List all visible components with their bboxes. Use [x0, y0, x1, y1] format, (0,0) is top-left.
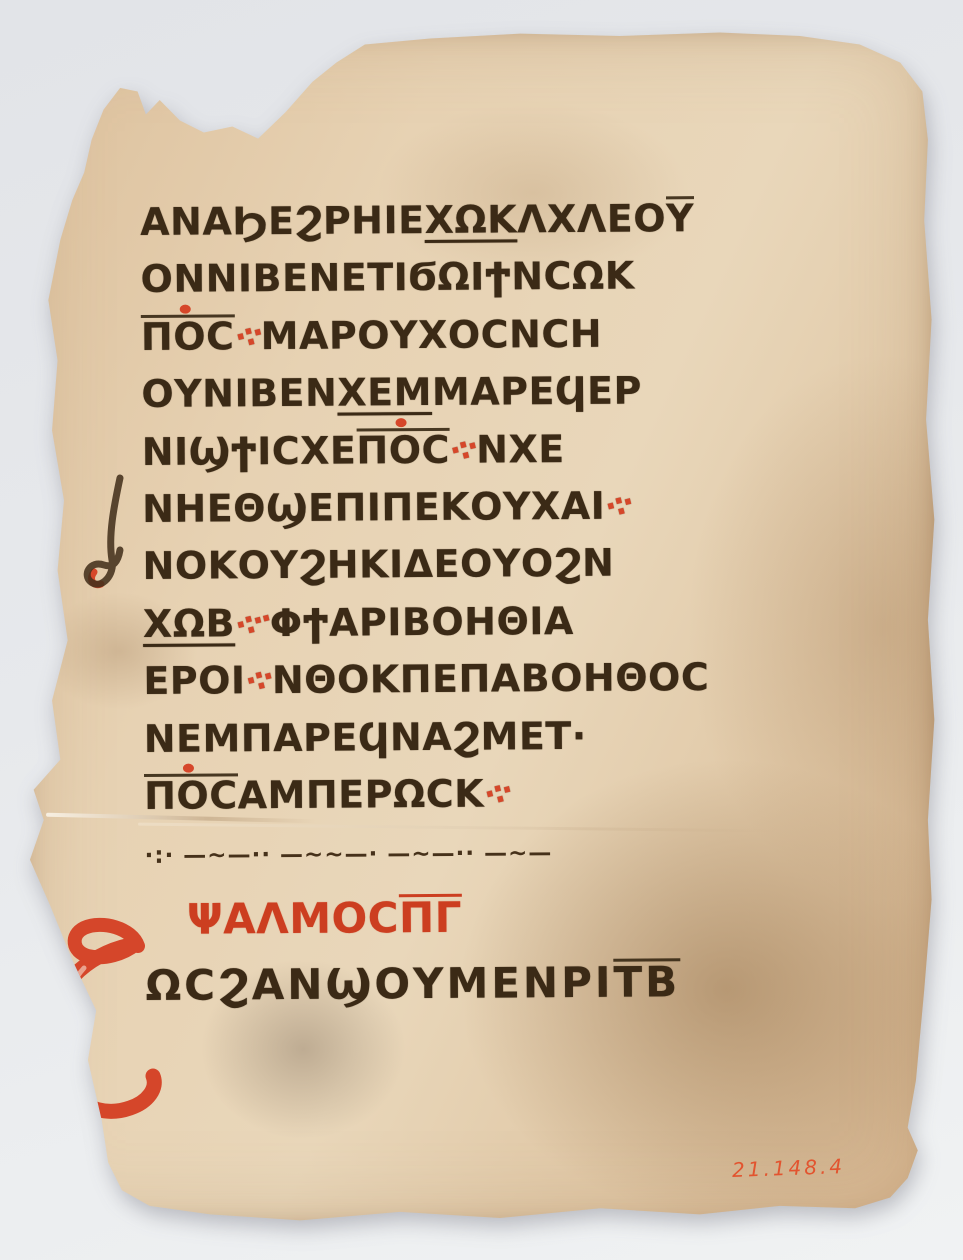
text-run: ΠΟC — [356, 427, 450, 469]
text-run: ·:· —~—·· —~~—· —~—·· —~— — [144, 840, 552, 869]
text-run: ΑΜΠΕΡΩCΚ — [238, 772, 485, 818]
manuscript-line: ΝΗΕΘϢΕΠΙΠΕΚΟΥΧΑΙ ·:· — [142, 482, 802, 544]
manuscript-line: ΩCϨΑΝϢΟΥΜΕΝΡΙΤΒ — [145, 953, 805, 1019]
text-run: ΠΟC — [141, 314, 235, 356]
red-punctuation-mark: ·:· — [446, 429, 480, 469]
psalm-rubric-line: ΨΑΛΜΟC ΠΓ — [145, 885, 805, 958]
red-punctuation-mark: ·:· — [231, 315, 265, 355]
text-run: ΝΘΟΚΠΕΠΑΒΟΗΘΟC — [272, 655, 710, 702]
text-run: ΤΒ — [613, 959, 680, 1004]
text-run: ΨΑΛΜΟC — [187, 894, 399, 944]
manuscript-line: ΟΝΝΙΒΕΝΕΤΙϬΩΙϮΝCΩΚ — [140, 253, 800, 315]
text-run: ΕΡΟΙ — [143, 658, 246, 703]
marginal-initial-icon — [80, 472, 144, 602]
section-divider: ·:· —~—·· —~~—· —~—·· —~— — [144, 827, 804, 890]
photo-background: ΑΝΑϦΕϨΡΗΙΕΧΩΚΛΧΛΕΟΥΟΝΝΙΒΕΝΕΤΙϬΩΙϮΝCΩΚΠΟC… — [0, 0, 963, 1260]
leaf-shadow-wrap: ΑΝΑϦΕϨΡΗΙΕΧΩΚΛΧΛΕΟΥΟΝΝΙΒΕΝΕΤΙϬΩΙϮΝCΩΚΠΟC… — [0, 0, 963, 1260]
manuscript-leaf: ΑΝΑϦΕϨΡΗΙΕΧΩΚΛΧΛΕΟΥΟΝΝΙΒΕΝΕΤΙϬΩΙϮΝCΩΚΠΟC… — [18, 24, 938, 1230]
text-run: ΝΙϢϮΙCΧΕ — [142, 428, 357, 473]
text-run: ΩCϨΑΝϢΟΥΜΕΝΡΙ — [145, 958, 613, 1010]
manuscript-line: ΟΥΝΙΒΕΝΧΕΜΜΑΡΕϤΕΡ — [141, 368, 801, 430]
text-run: ΝΧΕ — [476, 427, 565, 472]
text-run: ΧΕΜ — [337, 370, 432, 415]
manuscript-line: ΑΝΑϦΕϨΡΗΙΕΧΩΚΛΧΛΕΟΥ — [140, 195, 800, 257]
text-run: ΠΟC — [144, 773, 238, 815]
text-run: Υ — [666, 196, 694, 237]
text-run: ΠΓ — [399, 894, 462, 939]
manuscript-line: ΝΟΚΟΥϨΗΚΙΔΕΟΥΟϨΝ — [142, 540, 802, 602]
text-run: ΝΕΜΠΑΡΕϤΝΑϨΜΕΤ· — [144, 713, 587, 760]
manuscript-line: ΠΟCΑΜΠΕΡΩCΚ ·:· — [144, 769, 804, 831]
text-run: ΛΧΛΕΟ — [517, 196, 666, 241]
manuscript-line: ΧΩΒ ·:·· ΦϮΑΡΙΒΟΗΘΙΑ — [143, 597, 803, 659]
text-run: ΧΩΚ — [424, 197, 517, 242]
manuscript-text-block: ΑΝΑϦΕϨΡΗΙΕΧΩΚΛΧΛΕΟΥΟΝΝΙΒΕΝΕΤΙϬΩΙϮΝCΩΚΠΟC… — [140, 195, 806, 1018]
red-punctuation-mark: ·:· — [242, 660, 276, 700]
text-run: ΝΟΚΟΥϨΗΚΙΔΕΟΥΟϨΝ — [142, 541, 614, 588]
text-run: ΜΑΡΕϤΕΡ — [432, 369, 642, 414]
text-run: ΜΑΡΟΥΧΟCΝCΗ — [261, 312, 603, 358]
red-punctuation-mark: ·:· — [480, 773, 514, 813]
red-punctuation-mark: ·:·· — [231, 601, 273, 644]
text-run: ΧΩΒ — [143, 601, 235, 646]
accession-number: 21.148.4 — [732, 1154, 846, 1182]
text-run: ΑΝΑϦΕϨΡΗΙΕ — [140, 198, 425, 244]
text-run: ΟΝΝΙΒΕΝΕΤΙϬΩΙϮΝCΩΚ — [140, 254, 634, 301]
text-run: ΦϮΑΡΙΒΟΗΘΙΑ — [270, 599, 574, 645]
manuscript-line: ΕΡΟΙ ·:· ΝΘΟΚΠΕΠΑΒΟΗΘΟC — [143, 655, 803, 717]
text-run: ΟΥΝΙΒΕΝ — [141, 371, 337, 416]
text-run: ΝΗΕΘϢΕΠΙΠΕΚΟΥΧΑΙ — [142, 484, 605, 531]
decorated-initial-icon — [26, 916, 186, 1156]
manuscript-line: ΝΙϢϮΙCΧΕΠΟC ·:· ΝΧΕ — [142, 425, 802, 487]
manuscript-line: ΝΕΜΠΑΡΕϤΝΑϨΜΕΤ· — [144, 712, 804, 774]
red-punctuation-mark: ·:· — [601, 485, 635, 525]
manuscript-line: ΠΟC ·:· ΜΑΡΟΥΧΟCΝCΗ — [141, 310, 801, 372]
